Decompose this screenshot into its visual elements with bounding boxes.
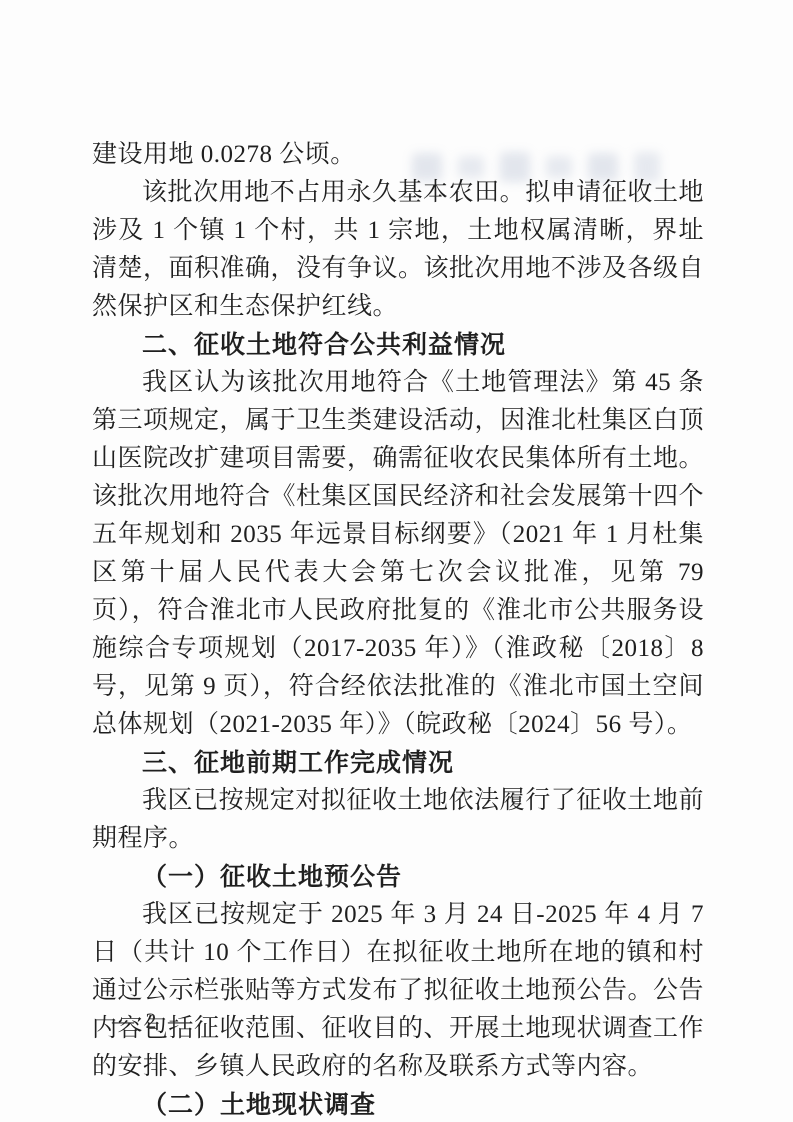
page-number: — 2 — bbox=[112, 1008, 193, 1034]
document-body: 建设用地 0.0278 公顷。 该批次用地不占用永久基本农田。拟申请征收土地涉及… bbox=[92, 136, 704, 1122]
paragraph-public-interest-compliance: 我区认为该批次用地符合《土地管理法》第 45 条第三项规定，属于卫生类建设活动，… bbox=[92, 364, 704, 744]
paragraph-pre-announcement-details: 我区已按规定于 2025 年 3 月 24 日-2025 年 4 月 7 日（共… bbox=[92, 896, 704, 1086]
section-heading-preliminary-work: 三、征地前期工作完成情况 bbox=[92, 744, 704, 782]
paragraph-land-area-continuation: 建设用地 0.0278 公顷。 bbox=[92, 136, 704, 174]
subsection-heading-land-survey: （二）土地现状调查 bbox=[92, 1086, 704, 1122]
section-heading-public-interest: 二、征收土地符合公共利益情况 bbox=[92, 326, 704, 364]
document-page: 建设用地 0.0278 公顷。 该批次用地不占用永久基本农田。拟申请征收土地涉及… bbox=[0, 0, 793, 1122]
subsection-heading-pre-announcement: （一）征收土地预公告 bbox=[92, 858, 704, 896]
paragraph-farmland-statement: 该批次用地不占用永久基本农田。拟申请征收土地涉及 1 个镇 1 个村，共 1 宗… bbox=[92, 174, 704, 326]
paragraph-preliminary-procedure: 我区已按规定对拟征收土地依法履行了征收土地前期程序。 bbox=[92, 782, 704, 858]
